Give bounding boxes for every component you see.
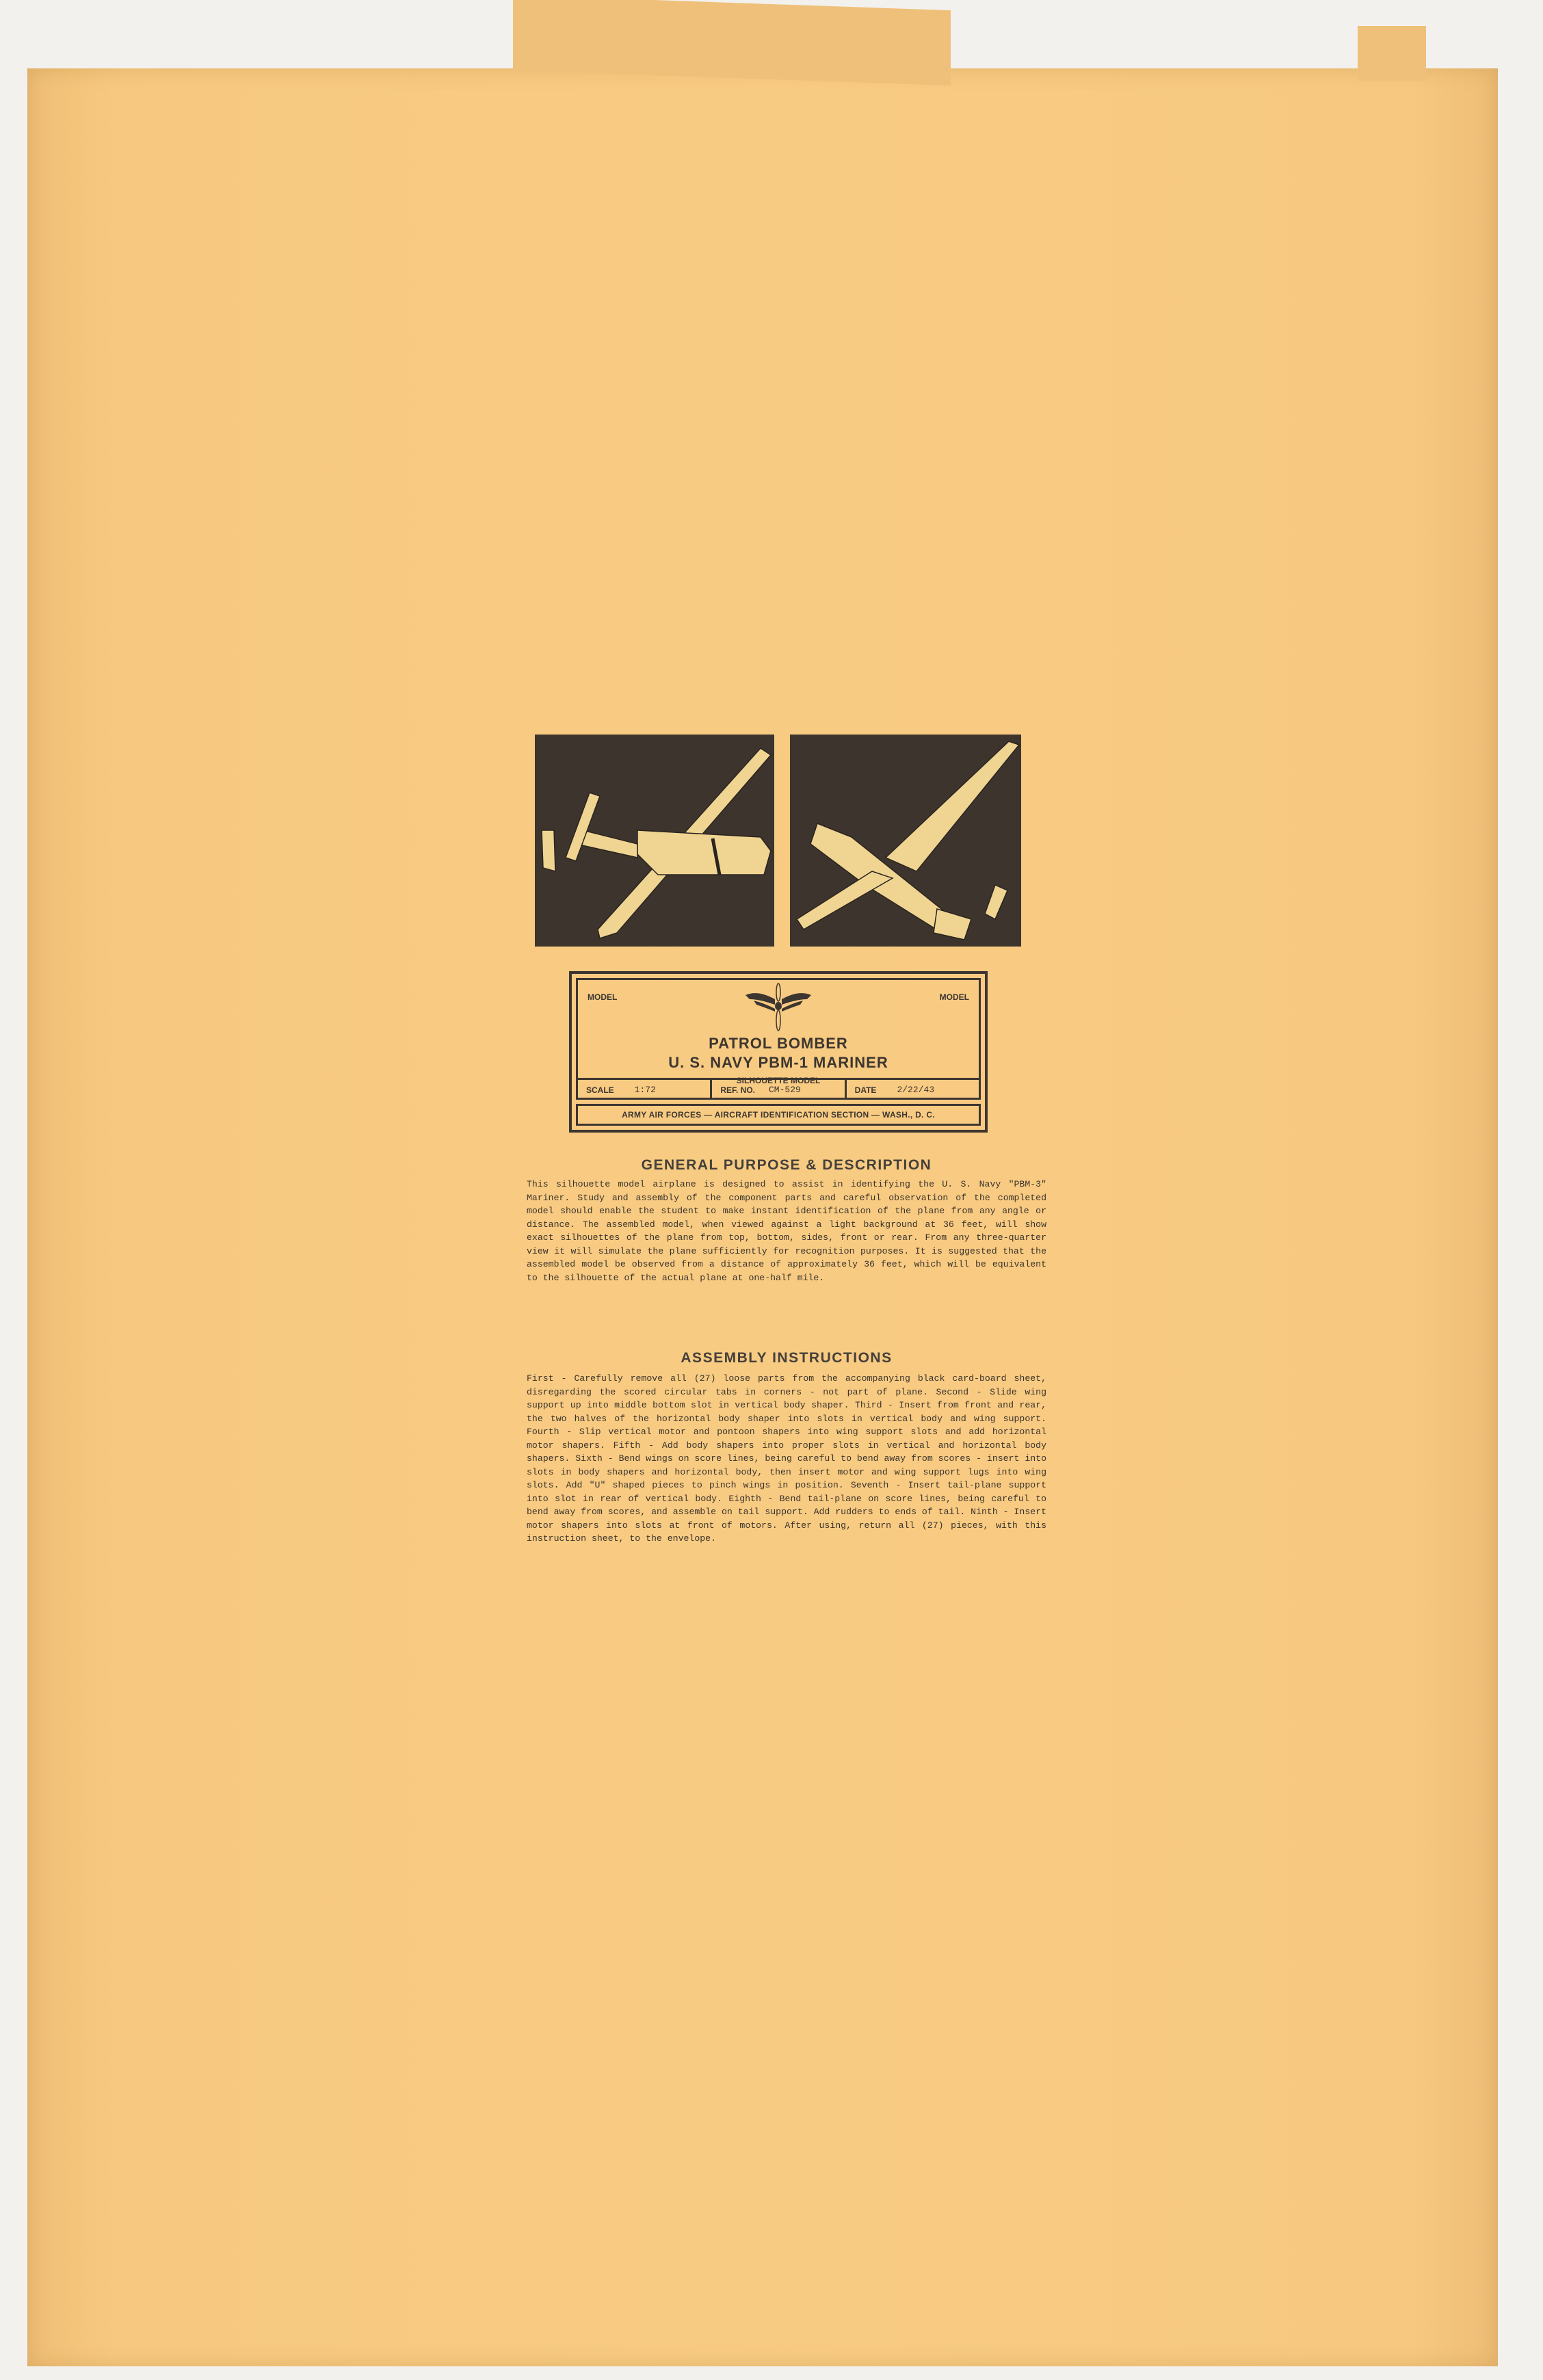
ref-label: REF. NO. [720, 1085, 755, 1095]
assembly-heading: ASSEMBLY INSTRUCTIONS [520, 1350, 1053, 1366]
general-purpose-heading: GENERAL PURPOSE & DESCRIPTION [520, 1157, 1053, 1174]
title-block: MODEL MODEL PATROL BOMBER U. S. NAVY PBM… [569, 971, 988, 1133]
model-photo-top-view [535, 735, 774, 947]
aircraft-name: U. S. NAVY PBM-1 MARINER [578, 1054, 979, 1072]
army-air-forces-wings-propeller-icon [744, 983, 813, 1032]
scale-value: 1:72 [635, 1085, 656, 1095]
title-block-details: SCALE 1:72 REF. NO. CM-529 DATE 2/22/43 [578, 1078, 979, 1100]
title-block-header: MODEL MODEL PATROL BOMBER U. S. NAVY PBM… [576, 978, 981, 1100]
date-label: DATE [855, 1085, 877, 1095]
model-label-left: MODEL [588, 992, 617, 1002]
model-label-right: MODEL [940, 992, 969, 1002]
aircraft-category: PATROL BOMBER [578, 1035, 979, 1053]
date-cell: DATE 2/22/43 [847, 1080, 979, 1100]
model-photo-bottom-view [790, 735, 1021, 947]
torn-paper-edge [1358, 26, 1426, 81]
scale-label: SCALE [586, 1085, 614, 1095]
date-value: 2/22/43 [897, 1085, 934, 1095]
model-photos [535, 735, 1022, 947]
general-purpose-text: This silhouette model airplane is design… [527, 1178, 1046, 1284]
assembly-instructions-text: First - Carefully remove all (27) loose … [527, 1372, 1046, 1546]
airplane-model-image [790, 735, 1021, 947]
ref-value: CM-529 [769, 1085, 801, 1095]
scale-cell: SCALE 1:72 [578, 1080, 712, 1100]
airplane-model-image [535, 735, 774, 947]
issuing-organization: ARMY AIR FORCES — AIRCRAFT IDENTIFICATIO… [576, 1104, 981, 1126]
ref-cell: REF. NO. CM-529 [712, 1080, 846, 1100]
